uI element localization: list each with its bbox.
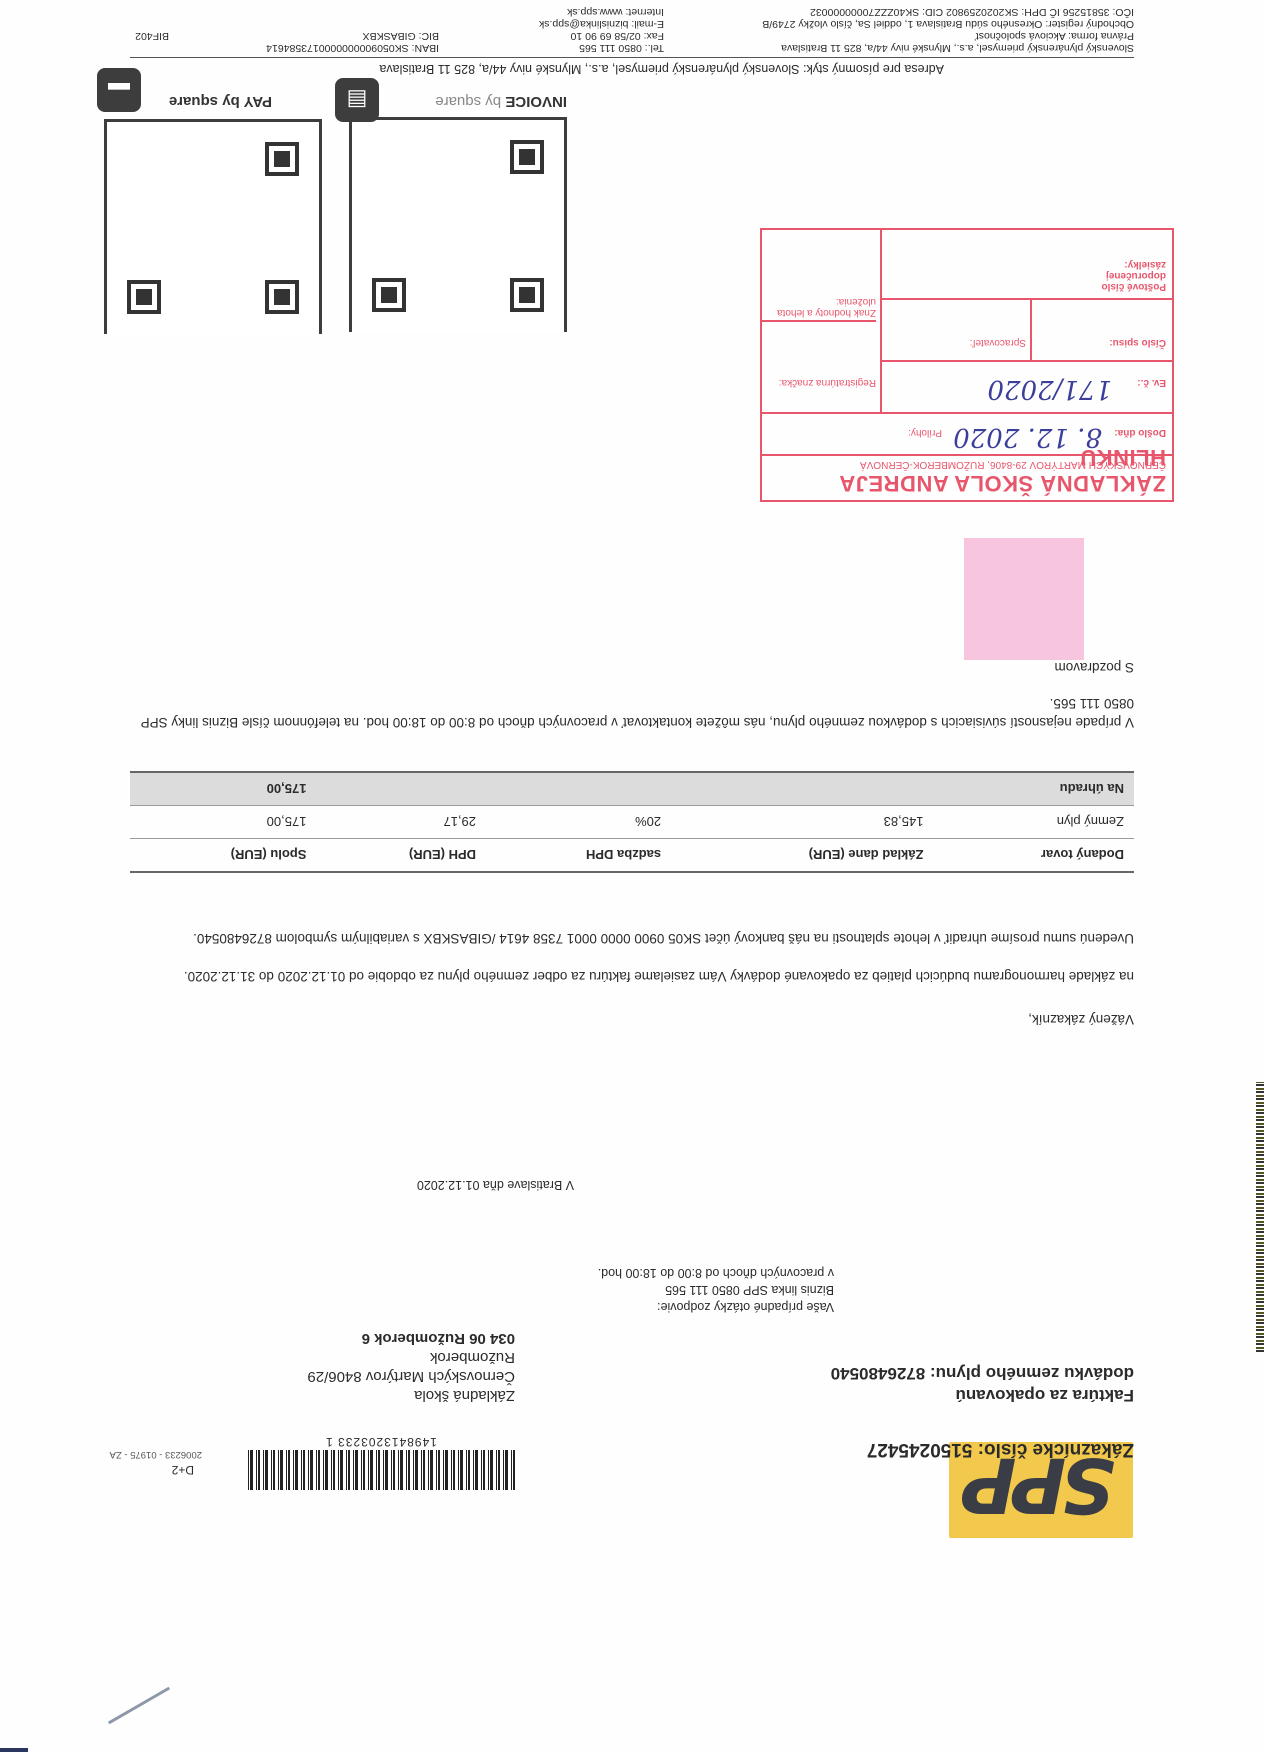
customer-number-value: 5150245427 [867,1439,973,1460]
invoice-title-line2: dodávku zemného plynu: 8726480540 [831,1362,1134,1384]
footer-line: Tel.: 0850 111 565 [539,42,664,54]
cell-product: Zemný plyn [933,806,1134,839]
qr-finder [265,280,299,314]
pen-mark [108,1687,170,1725]
stamp-school-address: ČERNOVSKÝCH MARTÝROV 29-8406, RUŽOMBEROK… [860,459,1166,470]
qr-label-main: INVOICE [505,93,567,110]
qr-finder [265,142,299,176]
column-header: sadzba DPH [486,839,671,873]
body-paragraph-1: na základe harmonogramu budúcich platieb… [130,967,1134,985]
salutation: Vážený zákazník, [1028,1012,1134,1027]
column-header: Dodaný tovar [933,839,1134,873]
invoice-by-square-label: INVOICE by square [435,93,567,110]
stamp-reg-label: Registratúrna značka: [779,377,876,388]
body-paragraph-2: Uvedenú sumu prosíme uhradiť v lehote sp… [130,929,1134,947]
qr-label-suffix: by square [435,93,501,110]
qr-label-suffix: by square [169,93,240,110]
stamp-retention-label: Znak hodnoty a lehota uloženia: [766,296,876,318]
qr-finder [372,278,406,312]
stamp-ev-label: Ev. č.: [1137,377,1166,388]
column-header: DPH (EUR) [316,839,486,873]
cell-vat: 29,17 [316,806,486,839]
barcode-id: 2006233 - 01975 - ZA [110,1449,202,1460]
contact-line: v pracovných dňoch od 8:00 do 18:00 hod. [598,1264,834,1281]
footer-line: E-mail: biznislinka@spp.sk [539,18,664,30]
qr-finder [127,280,161,314]
qr-finder [510,278,544,312]
stamp-received-date: 8. 12. 2020 [953,422,1102,452]
stamp-received-label: Došlo dňa: [1114,427,1166,438]
footer-line: Internet: www.spp.sk [539,6,664,18]
mail-address: Adresa pre písomný styk: Slovenský plyná… [379,62,944,76]
customer-number-label: Zákaznícke číslo: [978,1439,1134,1460]
total-row: Na úhradu 175,00 [130,772,1134,806]
footer-line: IBAN: SK0509000000000173584614 [266,42,439,54]
card-icon: ▬ [97,68,141,112]
qr-underline [162,119,322,122]
stamp-post-label: Poštové číslo doporučenej zásielky: [1086,259,1166,292]
recipient-line: Základná škola [307,1386,515,1405]
invoice-table: Dodaný tovar Základ dane (EUR) sadzba DP… [130,771,1134,873]
recipient-line: Černovských Martýrov 8406/29 [307,1367,515,1386]
customer-number: Zákaznícke číslo: 5150245427 [867,1438,1134,1460]
sticky-note [964,538,1084,660]
total-value: 175,00 [130,772,316,806]
contact-line: Biznis linka SPP 0850 111 565 [598,1281,834,1298]
cell-tax-base: 145,83 [671,806,933,839]
recipient-line: Ružomberok [307,1348,515,1367]
document-icon: ▤ [335,78,379,122]
stamp-processor-label: Spracovateľ: [970,337,1026,348]
barcode [247,1450,515,1490]
qr-label-main: PAY [244,93,272,110]
column-header: Spolu (EUR) [130,839,316,873]
footer-contacts: Tel.: 0850 111 565 Fax: 02/58 69 90 10 E… [539,6,664,54]
contact-info: Vaše prípadné otázky zodpovie: Biznis li… [598,1264,834,1315]
contact-line: Vaše prípadné otázky zodpovie: [598,1298,834,1315]
footer-bank: IBAN: SK0509000000000173584614 BIC: GIBA… [266,30,439,54]
qr-finder [510,140,544,174]
recipient-address: Základná škola Černovských Martýrov 8406… [307,1329,515,1405]
footer-line: BIC: GIBASKBX [266,30,439,42]
pay-qr-code [104,119,322,334]
stamp-attachments-label: Prílohy: [908,427,942,438]
footer-line: Obchodný register: Okresného súdu Bratis… [674,18,1134,30]
regards: S pozdravom [1054,660,1134,675]
barcode-number: 1498413203233 1 [247,1435,515,1449]
closing-paragraph: V prípade nejasností súvisiacich s dodáv… [130,694,1134,732]
total-label: Na úhradu [316,772,1134,806]
delivery-code: D+2 [172,1463,194,1477]
stamp-ev-number: 171/2020 [987,374,1112,404]
cell-total: 175,00 [130,806,316,839]
footer-divider [130,57,1134,58]
place-date: V Bratislave dňa 01.12.2020 [417,1178,574,1192]
side-barcode [1256,1082,1264,1352]
footer-line: Slovenský plynárenský priemysel, a.s., M… [674,42,1134,54]
table-row: Zemný plyn 145,83 20% 29,17 175,00 [130,806,1134,839]
invoice-sheet: SPP 1498413203233 1 D+2 2006233 - 01975 … [0,0,1264,1752]
invoice-title: Faktúra za opakovanú dodávku zemného ply… [831,1362,1134,1406]
invoice-title-line1: Faktúra za opakovanú [831,1384,1134,1406]
invoice-qr-code [349,117,567,332]
table-header-row: Dodaný tovar Základ dane (EUR) sadzba DP… [130,839,1134,873]
scan-edge-mark [0,1748,28,1752]
footer-line: IČO: 35815256 IČ DPH: SK2020259802 CID: … [674,6,1134,18]
registry-stamp: ZÁKLADNÁ ŠKOLA ANDREJA HLINKU ČERNOVSKÝC… [760,228,1174,502]
qr-underline [392,117,567,120]
pay-by-square-label: PAY by square [169,93,272,110]
form-code: BIF402 [135,30,169,42]
footer-company: Slovenský plynárenský priemysel, a.s., M… [674,6,1134,54]
cell-vat-rate: 20% [486,806,671,839]
footer-line: Právna forma: Akciová spoločnosť [674,30,1134,42]
recipient-line: 034 06 Ružomberok 6 [307,1329,515,1348]
footer-line: Fax: 02/58 69 90 10 [539,30,664,42]
stamp-file-label: Číslo spisu: [1109,337,1166,348]
column-header: Základ dane (EUR) [671,839,933,873]
